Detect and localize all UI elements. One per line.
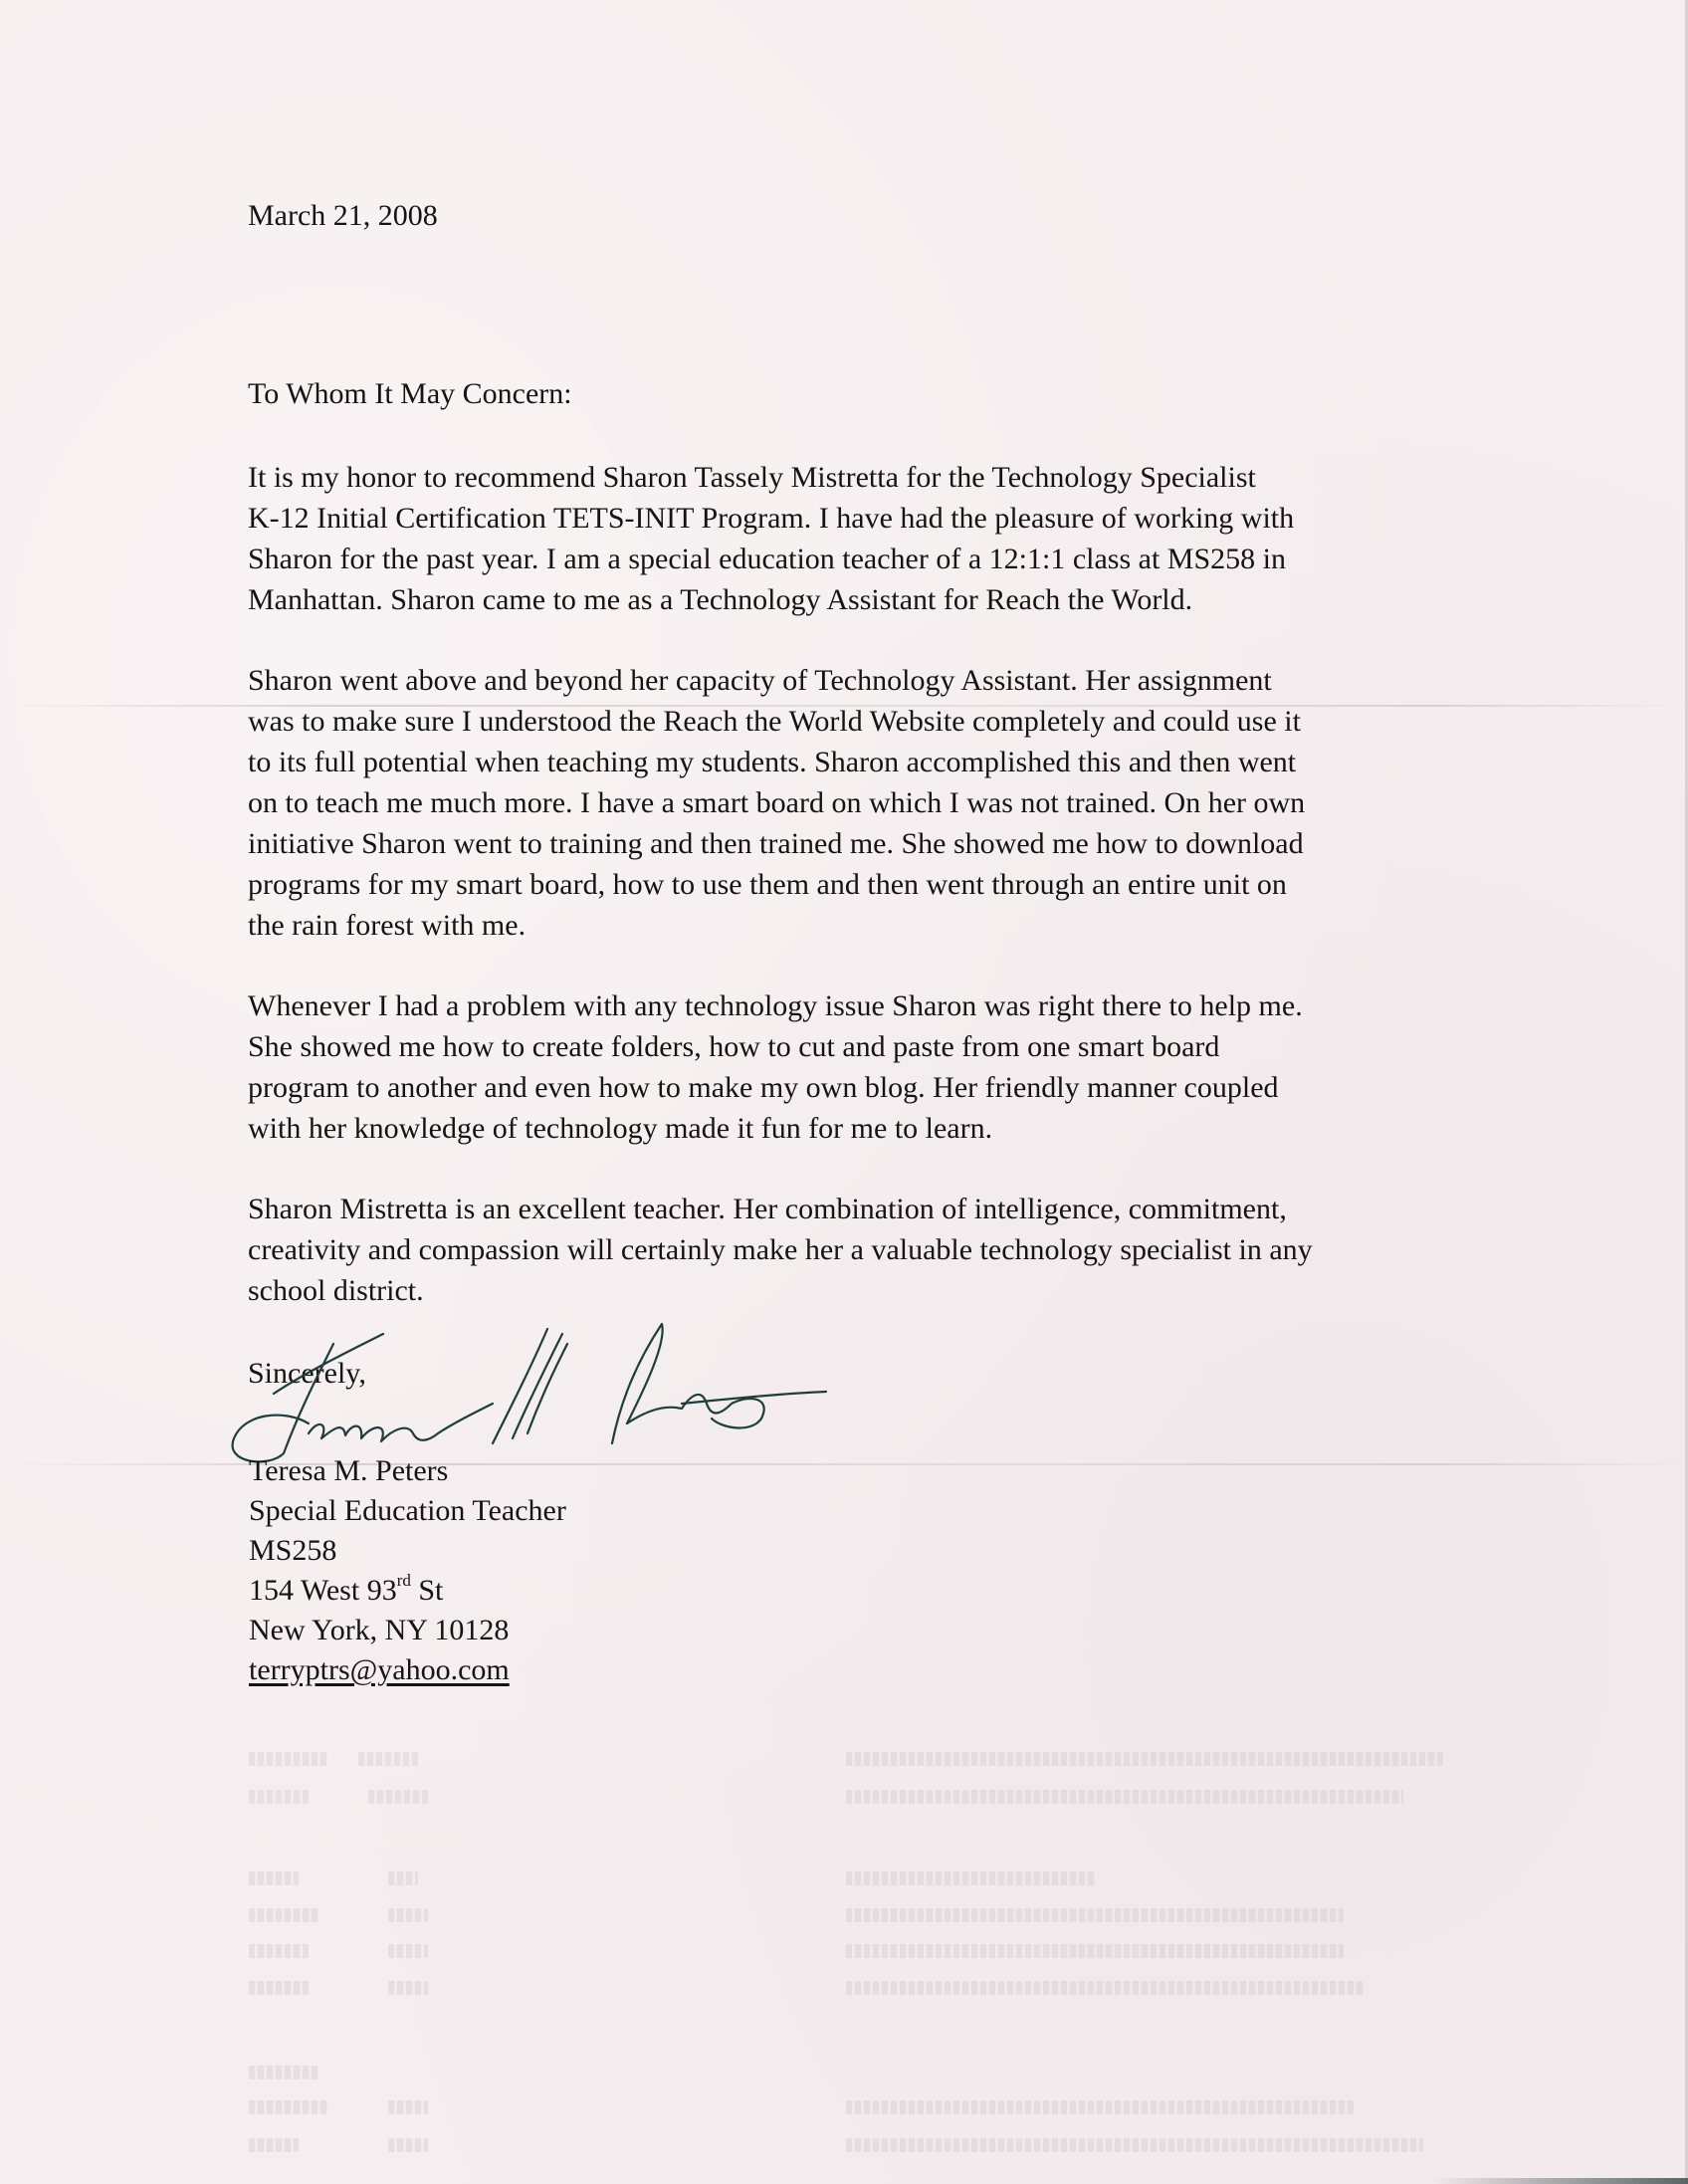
text-line: initiative Sharon went to training and t… [248,823,1472,864]
paragraph-conclusion: Sharon Mistretta is an excellent teacher… [248,1189,1472,1311]
street-ordinal: rd [397,1571,411,1590]
sender-school: MS258 [249,1531,566,1571]
text-line: the rain forest with me. [248,905,1472,946]
paragraph-help: Whenever I had a problem with any techno… [248,985,1472,1149]
salutation: To Whom It May Concern: [248,373,1472,414]
text-line: programs for my smart board, how to use … [248,864,1472,905]
paragraph-recommendation: It is my honor to recommend Sharon Tasse… [248,457,1472,620]
text-line: on to teach me much more. I have a smart… [248,782,1472,823]
sender-title: Special Education Teacher [249,1491,566,1531]
text-line: creativity and compassion will certainly… [248,1229,1472,1270]
handwritten-signature [214,1304,831,1473]
text-line: Whenever I had a problem with any techno… [248,985,1472,1026]
sender-name: Teresa M. Peters [249,1451,566,1491]
text-line: Manhattan. Sharon came to me as a Techno… [248,579,1472,620]
paragraph-above-and-beyond: Sharon went above and beyond her capacit… [248,660,1472,946]
text-line: with her knowledge of technology made it… [248,1108,1472,1149]
text-line: was to make sure I understood the Reach … [248,701,1472,742]
sender-street: 154 West 93rd St [249,1571,566,1611]
street-prefix: 154 West 93 [249,1574,397,1607]
text-line: Sharon Mistretta is an excellent teacher… [248,1189,1472,1229]
text-line: Sharon for the past year. I am a special… [248,539,1472,579]
sender-city-state-zip: New York, NY 10128 [249,1611,566,1650]
text-line: K-12 Initial Certification TETS-INIT Pro… [248,498,1472,539]
bleed-through-text [249,1692,1473,2184]
text-line: Sharon went above and beyond her capacit… [248,660,1472,701]
letter-date: March 21, 2008 [248,195,1472,236]
text-line: It is my honor to recommend Sharon Tasse… [248,457,1472,498]
sender-email-link[interactable]: terryptrs@yahoo.com [249,1653,510,1686]
text-line: She showed me how to create folders, how… [248,1026,1472,1067]
text-line: program to another and even how to make … [248,1067,1472,1108]
letter-body: March 21, 2008 To Whom It May Concern: I… [248,195,1472,1394]
street-suffix: St [411,1574,444,1607]
sender-block: Teresa M. Peters Special Education Teach… [249,1451,566,1690]
text-line: to its full potential when teaching my s… [248,742,1472,782]
